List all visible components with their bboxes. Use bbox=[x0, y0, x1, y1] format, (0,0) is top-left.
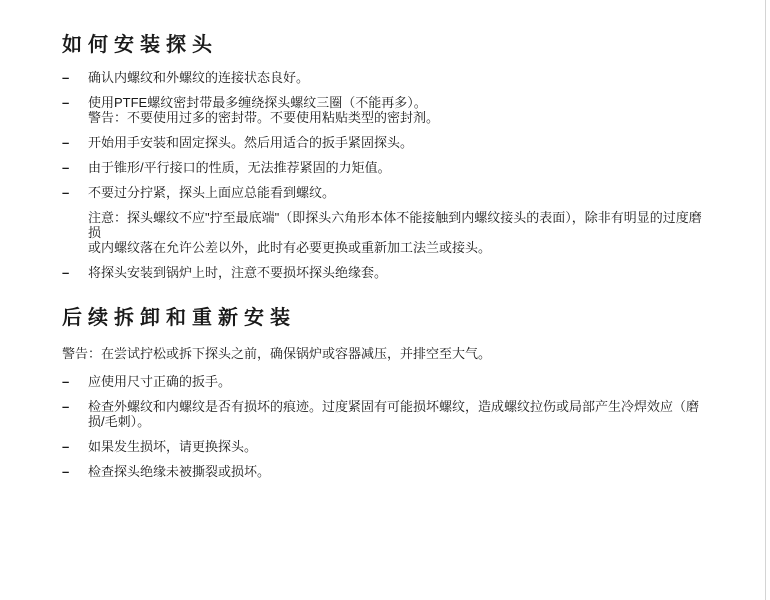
bullet-text: 开始用手安装和固定探头。然后用适合的扳手紧固探头。 bbox=[88, 135, 712, 150]
bullet-text: 确认内螺纹和外螺纹的连接状态良好。 bbox=[88, 70, 712, 85]
bullet-item: – 不要过分拧紧，探头上面应总能看到螺纹。 bbox=[62, 185, 712, 200]
bullet-text: 将探头安装到锅炉上时，注意不要损坏探头绝缘套。 bbox=[88, 265, 712, 280]
bullet-dash-icon: – bbox=[62, 185, 88, 200]
page-content: 如何安装探头 – 确认内螺纹和外螺纹的连接状态良好。 – 使用PTFE螺纹密封带… bbox=[62, 33, 712, 489]
document-page: 如何安装探头 – 确认内螺纹和外螺纹的连接状态良好。 – 使用PTFE螺纹密封带… bbox=[0, 0, 770, 600]
bullet-dash-icon: – bbox=[62, 160, 88, 175]
bullet-item: – 检查探头绝缘未被撕裂或损坏。 bbox=[62, 464, 712, 479]
bullet-item: – 如果发生损坏，请更换探头。 bbox=[62, 439, 712, 454]
bullet-text: 使用PTFE螺纹密封带最多缠绕探头螺纹三圈（不能再多）。 警告：不要使用过多的密… bbox=[88, 95, 712, 125]
bullet-item: – 确认内螺纹和外螺纹的连接状态良好。 bbox=[62, 70, 712, 85]
section-install-probe: 如何安装探头 – 确认内螺纹和外螺纹的连接状态良好。 – 使用PTFE螺纹密封带… bbox=[62, 33, 712, 280]
bullet-item: – 使用PTFE螺纹密封带最多缠绕探头螺纹三圈（不能再多）。 警告：不要使用过多… bbox=[62, 95, 712, 125]
section-heading: 后续拆卸和重新安装 bbox=[62, 306, 712, 330]
bullet-dash-icon: – bbox=[62, 135, 88, 150]
section-heading: 如何安装探头 bbox=[62, 33, 712, 57]
section-removal-reinstall: 后续拆卸和重新安装 警告：在尝试拧松或拆下探头之前，确保锅炉或容器减压，并排空至… bbox=[62, 306, 712, 479]
bullet-dash-icon: – bbox=[62, 439, 88, 454]
bullet-text: 如果发生损坏，请更换探头。 bbox=[88, 439, 712, 454]
bullet-dash-icon: – bbox=[62, 464, 88, 479]
bullet-item: – 检查外螺纹和内螺纹是否有损坏的痕迹。过度紧固有可能损坏螺纹，造成螺纹拉伤或局… bbox=[62, 399, 712, 429]
bullet-dash-icon: – bbox=[62, 374, 88, 389]
bullet-text: 不要过分拧紧，探头上面应总能看到螺纹。 bbox=[88, 185, 712, 200]
bullet-text: 检查外螺纹和内螺纹是否有损坏的痕迹。过度紧固有可能损坏螺纹，造成螺纹拉伤或局部产… bbox=[88, 399, 712, 429]
bullet-dash-icon: – bbox=[62, 70, 88, 85]
bullet-dash-icon: – bbox=[62, 399, 88, 414]
warning-paragraph: 警告：在尝试拧松或拆下探头之前，确保锅炉或容器减压，并排空至大气。 bbox=[62, 346, 712, 361]
bullet-text: 应使用尺寸正确的扳手。 bbox=[88, 374, 712, 389]
bullet-item: – 应使用尺寸正确的扳手。 bbox=[62, 374, 712, 389]
bullet-item: – 开始用手安装和固定探头。然后用适合的扳手紧固探头。 bbox=[62, 135, 712, 150]
page-edge-line bbox=[765, 0, 766, 600]
bullet-dash-icon: – bbox=[62, 95, 88, 110]
bullet-text: 由于锥形/平行接口的性质，无法推荐紧固的力矩值。 bbox=[88, 160, 712, 175]
bullet-dash-icon: – bbox=[62, 265, 88, 280]
bullet-item: – 将探头安装到锅炉上时，注意不要损坏探头绝缘套。 bbox=[62, 265, 712, 280]
bullet-text: 检查探头绝缘未被撕裂或损坏。 bbox=[88, 464, 712, 479]
note-paragraph: 注意：探头螺纹不应"拧至最底端"（即探头六角形本体不能接触到内螺纹接头的表面），… bbox=[88, 210, 712, 255]
bullet-item: – 由于锥形/平行接口的性质，无法推荐紧固的力矩值。 bbox=[62, 160, 712, 175]
